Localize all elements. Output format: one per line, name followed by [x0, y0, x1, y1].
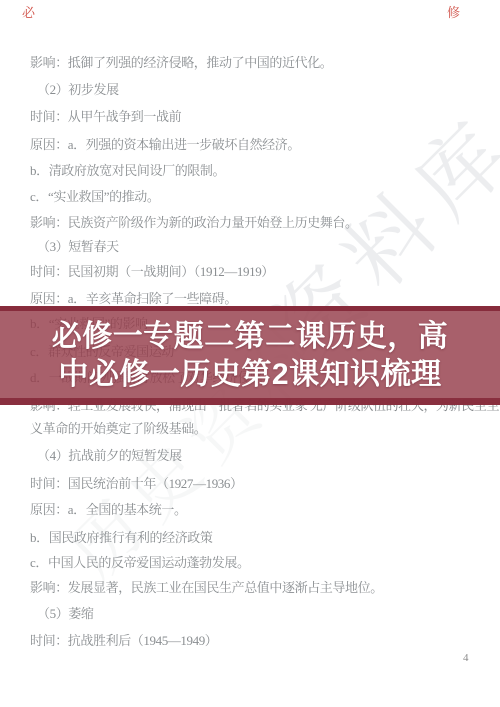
section-heading: （5）萎缩: [37, 603, 94, 622]
doc-line: 时间：抗战胜利后（1945—1949）: [30, 630, 217, 649]
corner-mark-left: 必: [22, 2, 35, 21]
section-heading: （3）短暂春天: [37, 236, 119, 255]
doc-line: 影响：抵御了列强的经济侵略，推动了中国的近代化。: [30, 52, 332, 71]
doc-line: 时间：国民统治前十年（1927—1936）: [30, 473, 243, 492]
doc-line: 原因：a．全国的基本统一。: [30, 499, 187, 518]
page-number: 4: [463, 652, 469, 664]
section-heading: （2）初步发展: [37, 79, 119, 98]
doc-line: c．“实业救国”的推动。: [30, 186, 160, 205]
doc-line: 时间：从甲午战争到一战前: [30, 106, 181, 125]
banner-title-line-2: 中必修一历史第2课知识梳理: [0, 356, 500, 394]
section-heading: （4）抗战前夕的短暂发展: [37, 445, 182, 464]
doc-line: c．中国人民的反帝爱国运动蓬勃发展。: [30, 552, 250, 571]
doc-line: 影响：民族资产阶级作为新的政治力量开始登上历史舞台。: [30, 212, 358, 231]
doc-line: 原因：a．辛亥革命扫除了一些障碍。: [30, 288, 237, 307]
document-page: 资料库 历史资料 必 修 影响：抵御了列强的经济侵略，推动了中国的近代化。（2）…: [0, 0, 500, 707]
doc-line: 影响：发展显著，民族工业在国民生产总值中逐渐占主导地位。: [30, 577, 383, 596]
doc-line: 原因：a．列强的资本输出进一步破坏自然经济。: [30, 134, 300, 153]
doc-line: b．清政府放宽对民间设厂的限制。: [30, 160, 225, 179]
title-banner: 必修一专题二第二课历史，高 中必修一历史第2课知识梳理: [0, 306, 500, 405]
doc-line: 义革命的开始奠定了阶级基础。: [30, 418, 206, 437]
doc-line: 时间：民国初期（一战期间）（1912—1919）: [30, 261, 274, 280]
doc-line: b．国民政府推行有利的经济政策: [30, 527, 213, 546]
corner-mark-right: 修: [447, 2, 460, 21]
banner-title-line-1: 必修一专题二第二课历史，高: [0, 318, 500, 356]
